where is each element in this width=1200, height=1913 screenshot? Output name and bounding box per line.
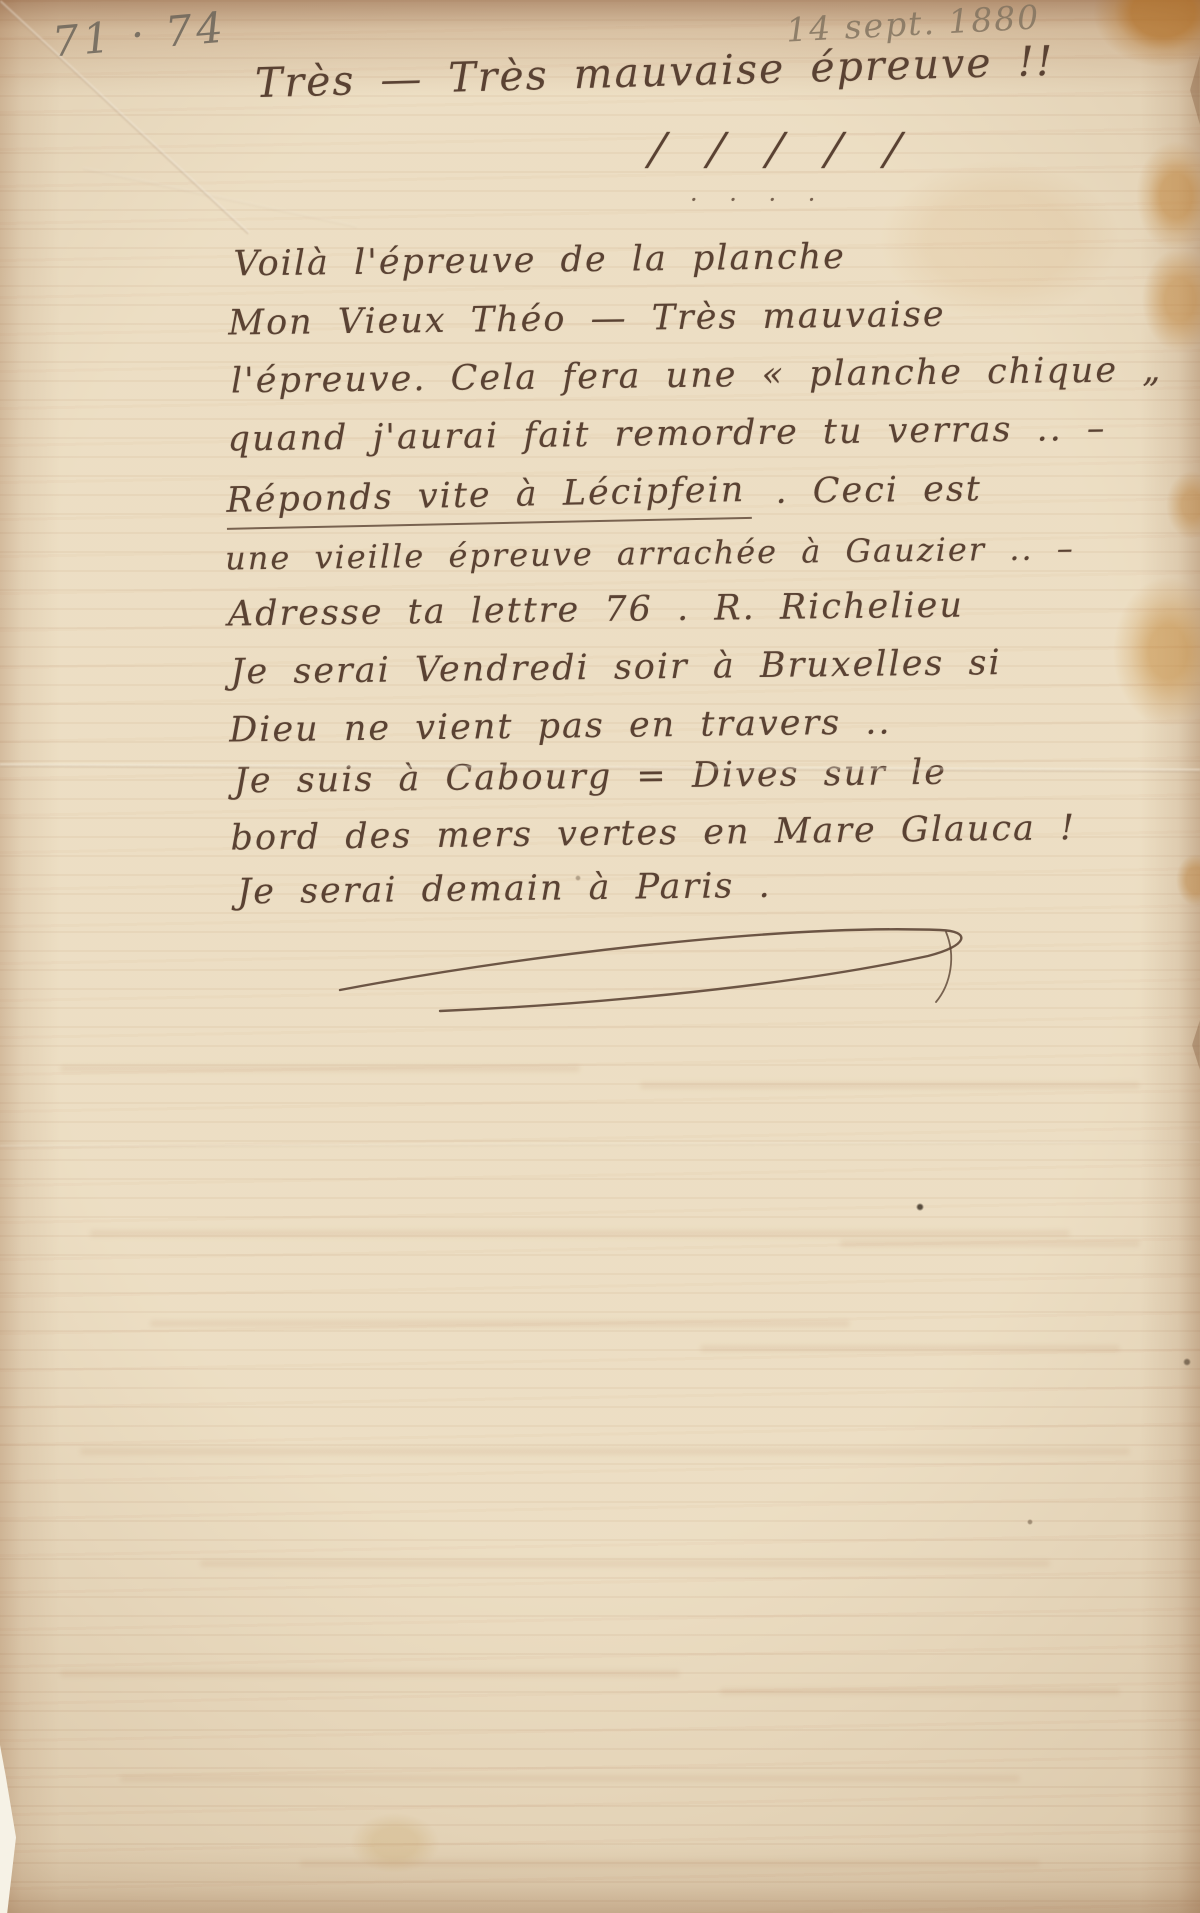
torn-edge [1190, 55, 1200, 125]
bleed-through-line [700, 1345, 1120, 1352]
bleed-through-line [120, 1775, 1020, 1782]
bleed-through-line [150, 1320, 850, 1327]
letter-line: une vieille épreuve arrachée à Gauzier .… [225, 529, 1075, 577]
bleed-through-line [60, 1670, 680, 1677]
letter-line: quand j'aurai fait remordre tu verras ..… [227, 409, 1106, 460]
letter-line: Voilà l'épreuve de la planche [233, 237, 846, 284]
bleed-through-line [80, 1448, 1130, 1455]
letter-page: 71 · 74 14 sept. 1880 Très — Très mauvai… [0, 0, 1200, 1913]
letter-line: Je serai Vendredi soir à Bruxelles si [230, 643, 1002, 692]
bleed-through-line [840, 1240, 1140, 1247]
letter-line: Dieu ne vient pas en travers .. [229, 702, 892, 750]
flourish-tail [936, 932, 951, 1002]
bleed-through-line [90, 1230, 1070, 1237]
flourish-loop [340, 929, 961, 1011]
letter-line: Je suis à Cabourg = Dives sur le [234, 753, 948, 802]
bleed-through-line [300, 1860, 1040, 1867]
signature-flourish [300, 898, 1000, 1038]
bleed-through-line [720, 1688, 1120, 1695]
underlined-phrase: Réponds vite à Lécipfein [226, 470, 752, 530]
bleed-through-line [640, 1082, 1140, 1089]
letter-line: Adresse ta lettre 76 . R. Richelieu [228, 586, 965, 635]
bleed-through-line [200, 1560, 1050, 1567]
bleed-through-line [60, 1065, 580, 1072]
letter-line: Réponds vite à Lécipfein . Ceci est [226, 469, 982, 527]
letter-line: bord des mers vertes en Mare Glauca ! [230, 808, 1076, 858]
letter-line: l'épreuve. Cela fera une « planche chiqu… [231, 350, 1163, 401]
letter-line: Mon Vieux Théo — Très mauvaise [228, 295, 946, 344]
line-rest: . Ceci est [751, 469, 982, 512]
